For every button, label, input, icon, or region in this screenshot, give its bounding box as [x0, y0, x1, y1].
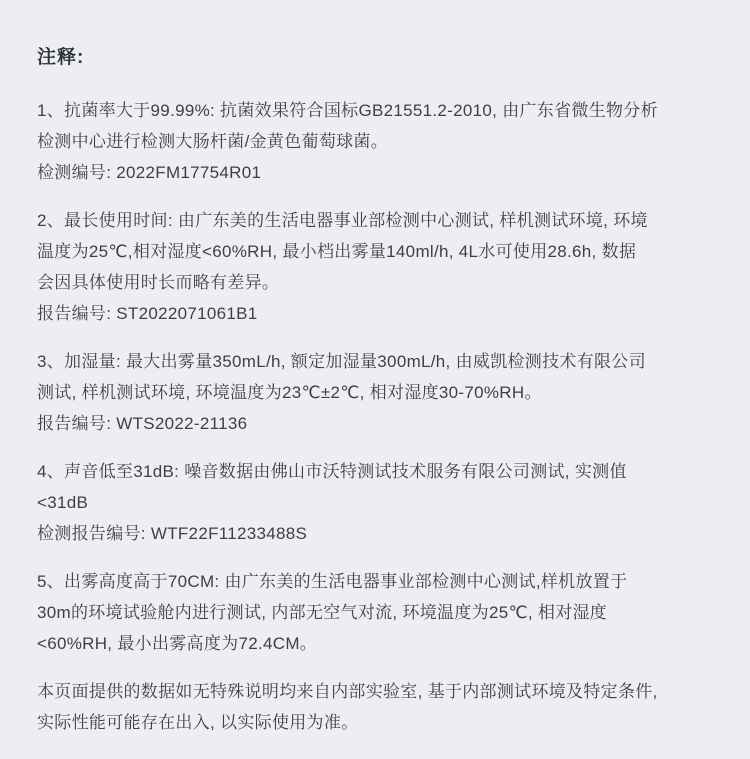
note-mist-height: 5、出雾高度高于70CM: 由广东美的生活电器事业部检测中心测试,样机放置于 3…	[37, 566, 714, 659]
notes-page: 注释: 1、抗菌率大于99.99%: 抗菌效果符合国标GB21551.2-201…	[0, 0, 750, 759]
page-title: 注释:	[37, 42, 714, 69]
note-antibacterial-rate: 1、抗菌率大于99.99%: 抗菌效果符合国标GB21551.2-2010, 由…	[37, 95, 714, 188]
footer-disclaimer: 本页面提供的数据如无特殊说明均来自内部实验室, 基于内部测试环境及特定条件, 实…	[37, 676, 714, 738]
note-humidification-amount: 3、加湿量: 最大出雾量350mL/h, 额定加湿量300mL/h, 由威凯检测…	[37, 346, 714, 439]
note-max-usage-time: 2、最长使用时间: 由广东美的生活电器事业部检测中心测试, 样机测试环境, 环境…	[37, 205, 714, 329]
note-noise-level: 4、声音低至31dB: 噪音数据由佛山市沃特测试技术服务有限公司测试, 实测值 …	[37, 456, 714, 549]
